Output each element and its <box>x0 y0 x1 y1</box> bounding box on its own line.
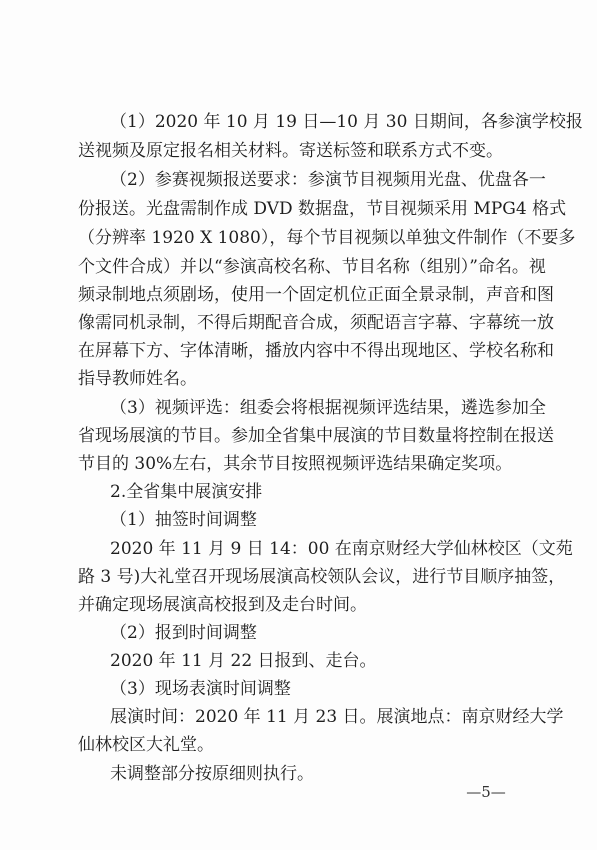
paragraph-line: 节目的 30%左右，其余节目按照视频评选结果确定奖项。 <box>78 453 524 475</box>
paragraph-line: 2020 年 11 月 9 日 14：00 在南京财经大学仙林校区（文苑 <box>110 538 524 560</box>
page-number: —5— <box>466 782 506 802</box>
paragraph-line: 像需同机录制，不得后期配音合成，须配语言字幕、字幕统一放 <box>78 312 524 334</box>
subsection-heading: （2）报到时间调整 <box>110 622 524 644</box>
paragraph-line: 路 3 号)大礼堂召开现场展演高校领队会议，进行节目顺序抽签， <box>78 566 524 588</box>
paragraph-line: 仙林校区大礼堂。 <box>78 734 524 756</box>
paragraph-line: 展演时间：2020 年 11 月 23 日。展演地点：南京财经大学 <box>110 706 524 728</box>
paragraph-line: 省现场展演的节目。参加全省集中展演的节目数量将控制在报送 <box>78 425 524 447</box>
section-heading: 2.全省集中展演安排 <box>110 481 524 503</box>
paragraph-line: 在屏幕下方、字体清晰，播放内容中不得出现地区、学校名称和 <box>78 340 524 362</box>
paragraph-line: 2020 年 11 月 22 日报到、走台。 <box>110 650 524 672</box>
paragraph-line: 未调整部分按原细则执行。 <box>110 763 524 785</box>
paragraph-line: （1）2020 年 10 月 19 日—10 月 30 日期间，各参演学校报 <box>110 111 524 133</box>
paragraph-line: 个文件合成）并以“参演高校名称、节目名称（组别）”命名。视 <box>78 256 524 278</box>
subsection-heading: （3）现场表演时间调整 <box>110 678 524 700</box>
paragraph-line: 份报送。光盘需制作成 DVD 数据盘，节目视频采用 MPG4 格式 <box>78 198 524 220</box>
paragraph-line: （3）视频评选：组委会将根据视频评选结果，遴选参加全 <box>110 397 524 419</box>
paragraph-line: （分辨率 1920 X 1080），每个节目视频以单独文件制作（不要多 <box>78 227 524 249</box>
paragraph-line: 频录制地点须剧场，使用一个固定机位正面全景录制，声音和图 <box>78 284 524 306</box>
subsection-heading: （1）抽签时间调整 <box>110 509 524 531</box>
document-page: （1）2020 年 10 月 19 日—10 月 30 日期间，各参演学校报 送… <box>0 0 597 850</box>
paragraph-line: （2）参赛视频报送要求：参演节目视频用光盘、优盘各一 <box>110 169 524 191</box>
paragraph-line: 送视频及原定报名相关材料。寄送标签和联系方式不变。 <box>78 140 524 162</box>
paragraph-line: 指导教师姓名。 <box>78 368 524 390</box>
paragraph-line: 并确定现场展演高校报到及走台时间。 <box>78 594 524 616</box>
